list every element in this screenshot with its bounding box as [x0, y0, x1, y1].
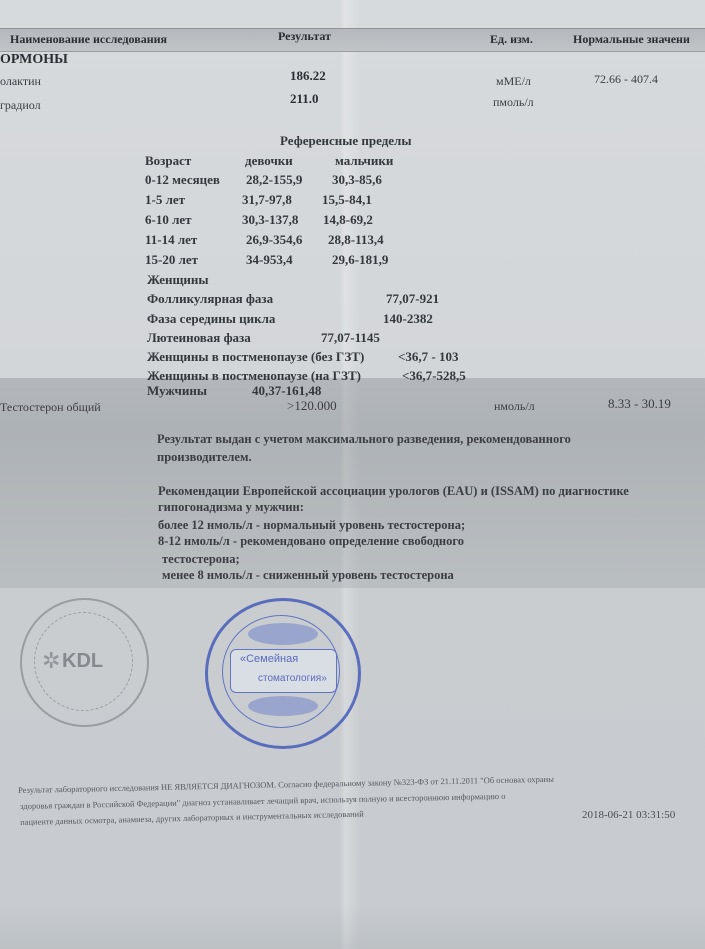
boys-range: 28,8-113,4 — [328, 232, 384, 248]
reference-header-age: Возраст — [145, 153, 191, 169]
test-unit: пмоль/л — [493, 95, 534, 110]
test-result: 211.0 — [290, 91, 319, 107]
women-phase-label: Женщины в постменопаузе (на ГЗТ) — [147, 368, 361, 384]
age-label: 1-5 лет — [145, 192, 185, 208]
women-phase-value: 77,07-1145 — [321, 330, 380, 346]
column-header-unit: Ед. изм. — [490, 32, 533, 47]
test-result: >120.000 — [287, 398, 337, 414]
boys-range: 29,6-181,9 — [332, 252, 388, 268]
test-norm: 8.33 - 30.19 — [608, 396, 671, 412]
reference-header-boys: мальчики — [335, 153, 393, 169]
girls-range: 31,7-97,8 — [242, 192, 292, 208]
dilution-note-line2: производителем. — [157, 450, 252, 465]
girls-range: 34-953,4 — [246, 252, 293, 268]
clinic-stamp-line1: «Семейная — [240, 653, 298, 665]
women-phase-label: Лютеиновая фаза — [147, 330, 251, 346]
women-phase-value: 77,07-921 — [386, 291, 439, 307]
test-result: 186.22 — [290, 68, 326, 84]
eau-note-line4: 8-12 нмоль/л - рекомендовано определение… — [158, 534, 464, 549]
women-label: Женщины — [147, 272, 209, 288]
disclaimer-line3: пациенте данных осмотра, анамнеза, други… — [20, 809, 364, 827]
boys-range: 14,8-69,2 — [323, 212, 373, 228]
shadow-band — [0, 378, 705, 588]
lab-logo-text: KDL — [62, 650, 103, 673]
column-header-norm: Нормальные значени — [573, 32, 690, 47]
clinic-stamp-line2: стоматология» — [258, 673, 327, 684]
girls-range: 30,3-137,8 — [242, 212, 298, 228]
women-phase-label: Женщины в постменопаузе (без ГЗТ) — [147, 349, 364, 365]
eau-note-line5: тестостерона; — [162, 552, 240, 567]
girls-range: 28,2-155,9 — [246, 172, 302, 188]
lab-stamp: ✲ KDL — [20, 598, 149, 727]
age-label: 0-12 месяцев — [145, 172, 220, 188]
women-phase-label: Фолликулярная фаза — [147, 291, 273, 307]
men-value: 40,37-161,48 — [252, 383, 321, 399]
women-phase-value: 140-2382 — [383, 311, 433, 327]
boys-range: 15,5-84,1 — [322, 192, 372, 208]
eau-note-line2: гипогонадизма у мужчин: — [158, 500, 304, 515]
test-unit: мМЕ/л — [496, 74, 531, 89]
test-name: Тестостерон общий — [0, 400, 101, 415]
eau-note-line1: Рекомендации Европейской ассоциации урол… — [158, 484, 629, 499]
age-label: 11-14 лет — [145, 232, 197, 248]
men-label: Мужчины — [147, 383, 207, 399]
report-timestamp: 2018-06-21 03:31:50 — [582, 809, 675, 821]
reference-header-girls: девочки — [245, 153, 293, 169]
dilution-note-line1: Результат выдан с учетом максимального р… — [157, 432, 571, 447]
lab-logo-icon: ✲ — [42, 648, 60, 674]
page-bottom-edge — [0, 905, 705, 949]
reference-title: Референсные пределы — [280, 133, 412, 149]
age-label: 6-10 лет — [145, 212, 192, 228]
column-header-result: Результат — [278, 29, 331, 44]
eau-note-line6: менее 8 нмоль/л - сниженный уровень тест… — [162, 568, 454, 583]
test-name: градиол — [0, 98, 41, 113]
women-phase-value: <36,7 - 103 — [398, 349, 459, 365]
section-title: ОРМОНЫ — [0, 52, 68, 68]
lab-report-page: Наименование исследования Результат Ед. … — [0, 0, 705, 949]
test-unit: нмоль/л — [494, 399, 535, 414]
test-name: олактин — [0, 74, 41, 89]
disclaimer-line2: здоровья граждан в Российской Федерации"… — [20, 791, 506, 811]
girls-range: 26,9-354,6 — [246, 232, 302, 248]
test-norm: 72.66 - 407.4 — [594, 72, 658, 87]
column-header-name: Наименование исследования — [10, 32, 167, 47]
women-phase-label: Фаза середины цикла — [147, 311, 275, 327]
eau-note-line3: более 12 нмоль/л - нормальный уровень те… — [158, 518, 465, 533]
age-label: 15-20 лет — [145, 252, 198, 268]
boys-range: 30,3-85,6 — [332, 172, 382, 188]
clinic-stamp: «Семейная стоматология» — [205, 598, 361, 749]
women-phase-value: <36,7-528,5 — [402, 368, 466, 384]
